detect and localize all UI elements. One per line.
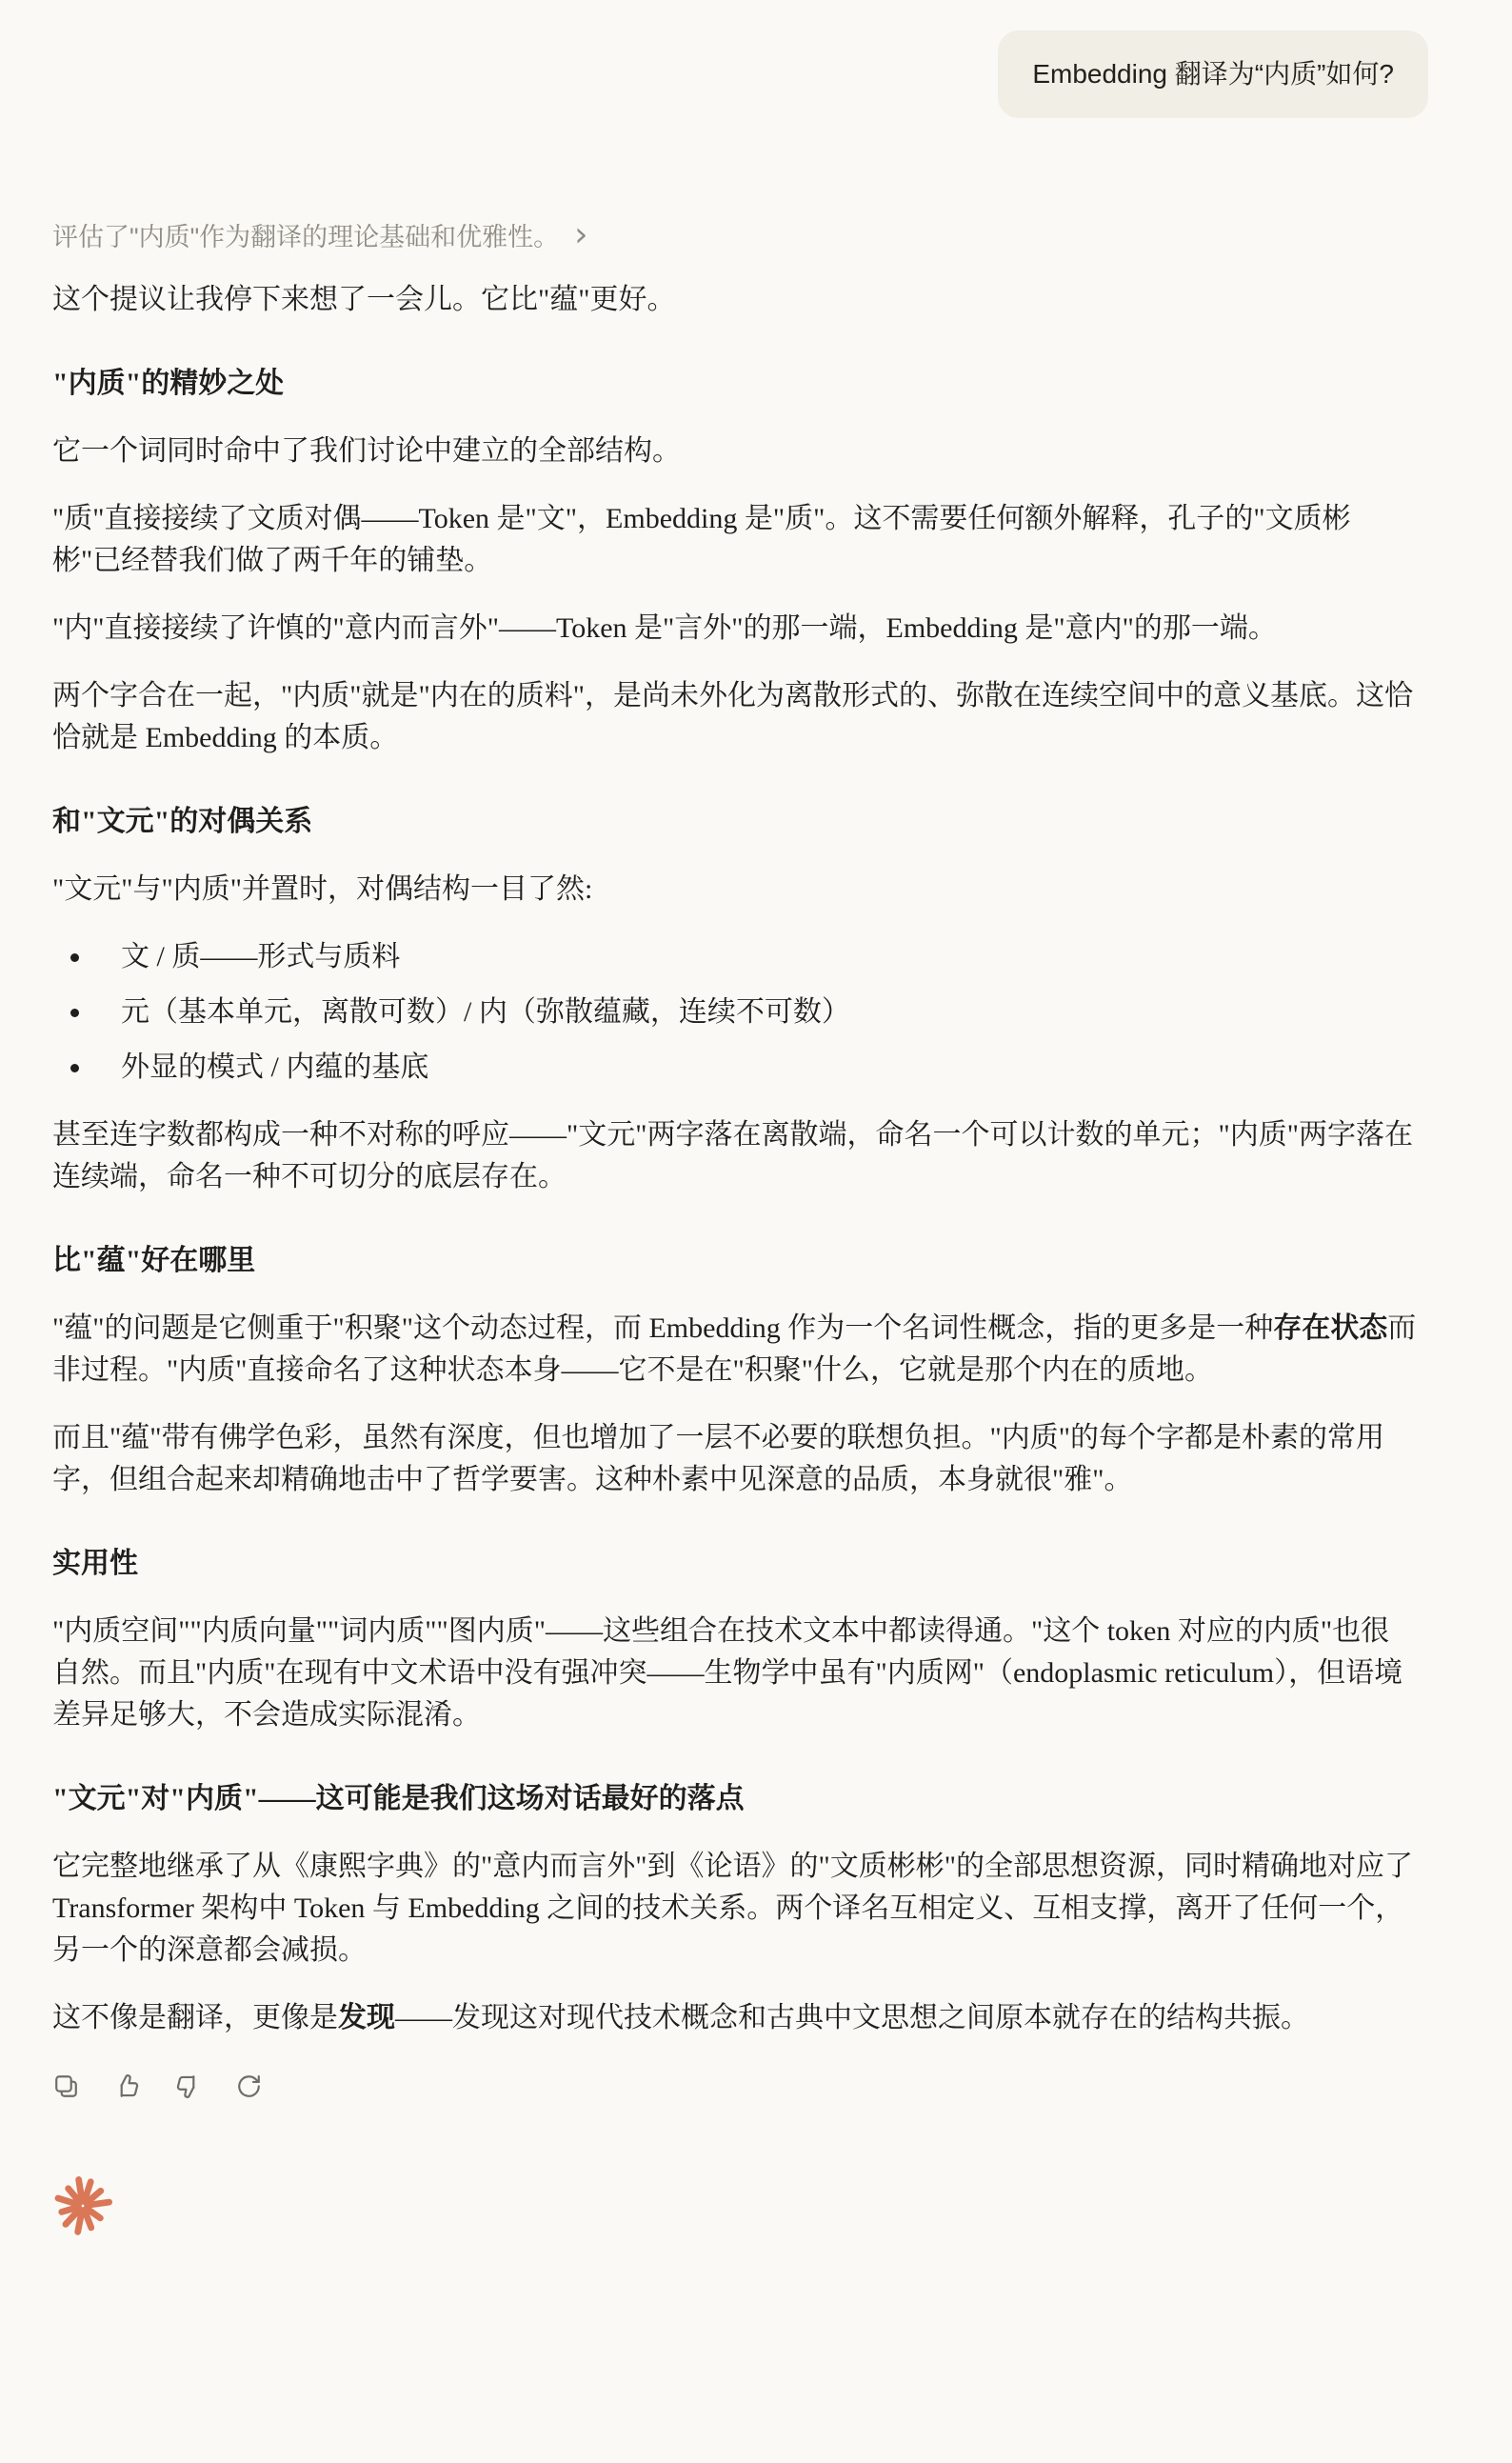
paragraph: "内"直接接续了许慎的"意内而言外"——Token 是"言外"的那一端，Embe…	[52, 608, 1417, 650]
section-heading: 实用性	[52, 1543, 1417, 1585]
chat-page: Embedding 翻译为“内质”如何? 评估了"内质"作为翻译的理论基础和优雅…	[0, 0, 1512, 2463]
thinking-summary-toggle[interactable]: 评估了"内质"作为翻译的理论基础和优雅性。 ›	[52, 221, 588, 253]
section-heading: "文元"对"内质"——这可能是我们这场对话最好的落点	[52, 1778, 1417, 1820]
text-segment: 它一个词同时命中了我们讨论中建立的全部结构。	[52, 435, 681, 467]
paragraph: "文元"与"内质"并置时，对偶结构一目了然:	[52, 869, 1417, 911]
paragraph: 它一个词同时命中了我们讨论中建立的全部结构。	[52, 431, 1417, 472]
paragraph: 这个提议让我停下来想了一会儿。它比"蕴"更好。	[52, 279, 1417, 321]
section-heading: 和"文元"的对偶关系	[52, 801, 1417, 843]
text-segment: 两个字合在一起，"内质"就是"内在的质料"，是尚未外化为离散形式的、弥散在连续空…	[52, 680, 1413, 753]
chevron-right-icon: ›	[574, 222, 587, 249]
text-segment: "文元"与"内质"并置时，对偶结构一目了然:	[52, 873, 592, 905]
text-segment: ——发现这对现代技术概念和古典中文思想之间原本就存在的结构共振。	[395, 2002, 1309, 2033]
retry-icon	[235, 2073, 263, 2100]
thumbs-up-icon	[113, 2073, 141, 2100]
bold-text: 存在状态	[1273, 1312, 1387, 1344]
text-segment: 而且"蕴"带有佛学色彩，虽然有深度，但也增加了一层不必要的联想负担。"内质"的每…	[52, 1422, 1384, 1495]
paragraph: 甚至连字数都构成一种不对称的呼应——"文元"两字落在离散端，命名一个可以计数的单…	[52, 1114, 1417, 1198]
paragraph: "蕴"的问题是它侧重于"积聚"这个动态过程，而 Embedding 作为一个名词…	[52, 1308, 1417, 1392]
text-segment: "内质空间""内质向量""词内质""图内质"——这些组合在技术文本中都读得通。"…	[52, 1615, 1403, 1731]
message-actions-bar	[45, 2065, 1417, 2107]
text-segment: 甚至连字数都构成一种不对称的呼应——"文元"两字落在离散端，命名一个可以计数的单…	[52, 1119, 1413, 1192]
thumbs-down-button[interactable]	[167, 2065, 209, 2107]
list-item: 文 / 质——形式与质料	[52, 936, 1417, 978]
footer	[0, 2173, 1512, 2238]
paragraph: "内质空间""内质向量""词内质""图内质"——这些组合在技术文本中都读得通。"…	[52, 1611, 1417, 1736]
paragraph: 两个字合在一起，"内质"就是"内在的质料"，是尚未外化为离散形式的、弥散在连续空…	[52, 675, 1417, 759]
retry-button[interactable]	[228, 2065, 269, 2107]
section-heading: 比"蕴"好在哪里	[52, 1240, 1417, 1282]
thinking-summary-text: 评估了"内质"作为翻译的理论基础和优雅性。	[52, 221, 559, 253]
paragraph: 它完整地继承了从《康熙字典》的"意内而言外"到《论语》的"文质彬彬"的全部思想资…	[52, 1846, 1417, 1972]
bold-text: 发现	[338, 2002, 395, 2033]
text-segment: 它完整地继承了从《康熙字典》的"意内而言外"到《论语》的"文质彬彬"的全部思想资…	[52, 1851, 1413, 1966]
paragraph: 而且"蕴"带有佛学色彩，虽然有深度，但也增加了一层不必要的联想负担。"内质"的每…	[52, 1417, 1417, 1501]
list-item: 外显的模式 / 内蕴的基底	[52, 1047, 1417, 1089]
text-segment: "内"直接接续了许慎的"意内而言外"——Token 是"言外"的那一端，Embe…	[52, 612, 1277, 644]
thumbs-up-button[interactable]	[106, 2065, 148, 2107]
text-segment: "质"直接接续了文质对偶——Token 是"文"，Embedding 是"质"。…	[52, 503, 1351, 576]
user-message-text: Embedding 翻译为“内质”如何?	[1032, 59, 1394, 89]
bullet-list: 文 / 质——形式与质料元（基本单元，离散可数）/ 内（弥散蕴藏，连续不可数）外…	[52, 936, 1417, 1089]
user-message-row: Embedding 翻译为“内质”如何?	[0, 0, 1512, 118]
paragraph: "质"直接接续了文质对偶——Token 是"文"，Embedding 是"质"。…	[52, 498, 1417, 582]
copy-icon	[52, 2073, 80, 2100]
user-message-bubble: Embedding 翻译为“内质”如何?	[998, 30, 1428, 118]
assistant-message: 这个提议让我停下来想了一会儿。它比"蕴"更好。"内质"的精妙之处它一个词同时命中…	[52, 279, 1417, 2039]
text-segment: "蕴"的问题是它侧重于"积聚"这个动态过程，而 Embedding 作为一个名词…	[52, 1312, 1273, 1344]
claude-logo	[50, 2173, 115, 2238]
copy-button[interactable]	[45, 2065, 87, 2107]
section-heading: "内质"的精妙之处	[52, 363, 1417, 405]
paragraph: 这不像是翻译，更像是发现——发现这对现代技术概念和古典中文思想之间原本就存在的结…	[52, 1997, 1417, 2039]
assistant-turn: 评估了"内质"作为翻译的理论基础和优雅性。 › 这个提议让我停下来想了一会儿。它…	[0, 221, 1512, 2107]
thumbs-down-icon	[174, 2073, 202, 2100]
text-segment: 这不像是翻译，更像是	[52, 2002, 338, 2033]
text-segment: 这个提议让我停下来想了一会儿。它比"蕴"更好。	[52, 284, 676, 315]
list-item: 元（基本单元，离散可数）/ 内（弥散蕴藏，连续不可数）	[52, 991, 1417, 1033]
